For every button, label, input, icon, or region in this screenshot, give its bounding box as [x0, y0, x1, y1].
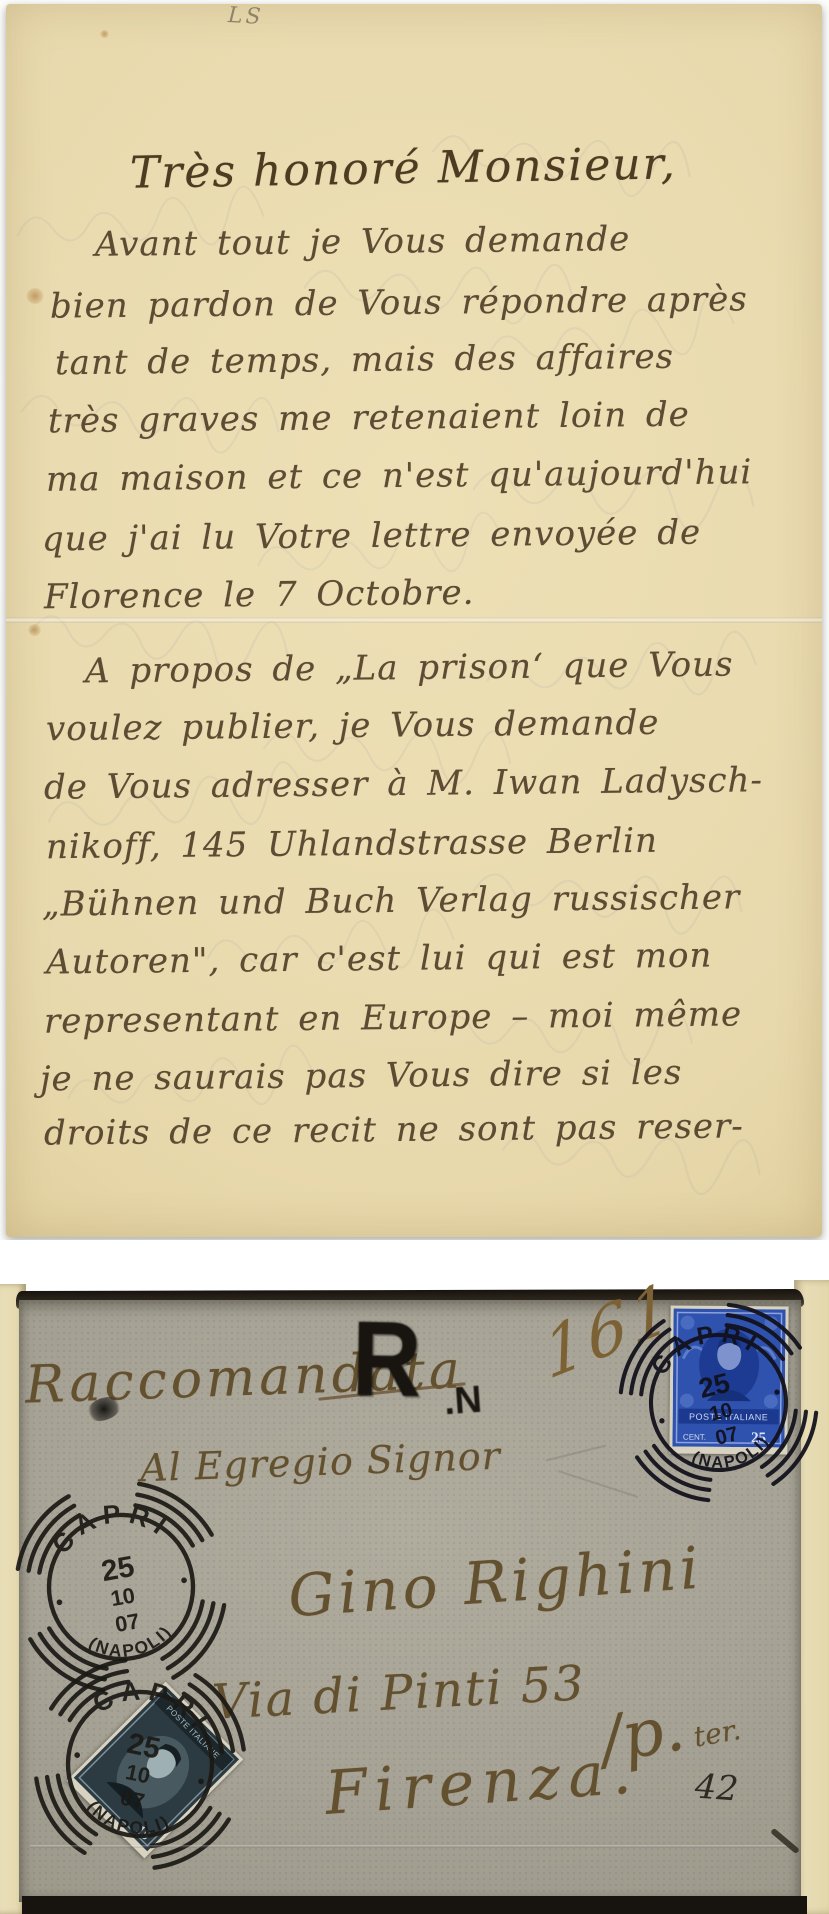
letter-line-12: „Bühnen und Buch Verlag russischer: [42, 877, 741, 924]
letter-line-3: tant de temps, mais des affaires: [55, 337, 674, 383]
letter-line-11: nikoff, 145 Uhlandstrasse Berlin: [46, 821, 658, 867]
letter-line-9: voulez publier, je Vous demande: [46, 703, 660, 749]
envelope-photo: Raccomandata R .N 161 POSTE ITALIANE CEN…: [0, 1240, 829, 1914]
foxing-spot: [26, 288, 44, 304]
fold-crease: [6, 617, 822, 623]
foxing-spot: [100, 30, 109, 38]
postmark-capri-lower: [0, 1622, 282, 1907]
photo-bottom-edge: [22, 1896, 807, 1914]
envelope-crease: [30, 1845, 790, 1848]
letter-line-4: très graves me retenaient loin de: [48, 395, 690, 442]
letter-line-2: bien pardon de Vous répondre après: [50, 279, 748, 326]
letter-salutation: Très honoré Monsieur,: [130, 138, 678, 199]
letter-line-7: Florence le 7 Octobre.: [44, 573, 475, 618]
pencil-note: LS: [227, 3, 264, 30]
letter-page: LS Très honoré Monsieur, Avant tout je V…: [6, 4, 822, 1237]
letter-line-15: je ne saurais pas Vous dire si les: [40, 1053, 683, 1100]
letter-line-10: de Vous adresser à M. Iwan Ladysch-: [44, 760, 763, 808]
letter-line-5: ma maison et ce n'est qu'aujourd'hui: [46, 452, 753, 499]
letter-line-16: droits de ce recit ne sont pas reser-: [44, 1106, 744, 1153]
letter-line-8: A propos de „La prison‘ que Vous: [85, 645, 734, 692]
registered-handstamp: R: [351, 1307, 422, 1414]
letter-line-1: Avant tout je Vous demande: [95, 219, 631, 265]
corner-number: 42: [694, 1767, 740, 1810]
letter-line-13: Autoren", car c'est lui qui est mon: [46, 936, 713, 983]
scanned-letter-and-envelope: CAPRI (NAPOLI) 25 10 07: [0, 0, 829, 1914]
registered-no-label: .N: [443, 1379, 484, 1425]
letter-line-14: representant en Europe – moi même: [44, 994, 743, 1041]
letter-line-6: que j'ai lu Votre lettre envoyée de: [42, 513, 701, 560]
foxing-spot: [28, 624, 41, 636]
